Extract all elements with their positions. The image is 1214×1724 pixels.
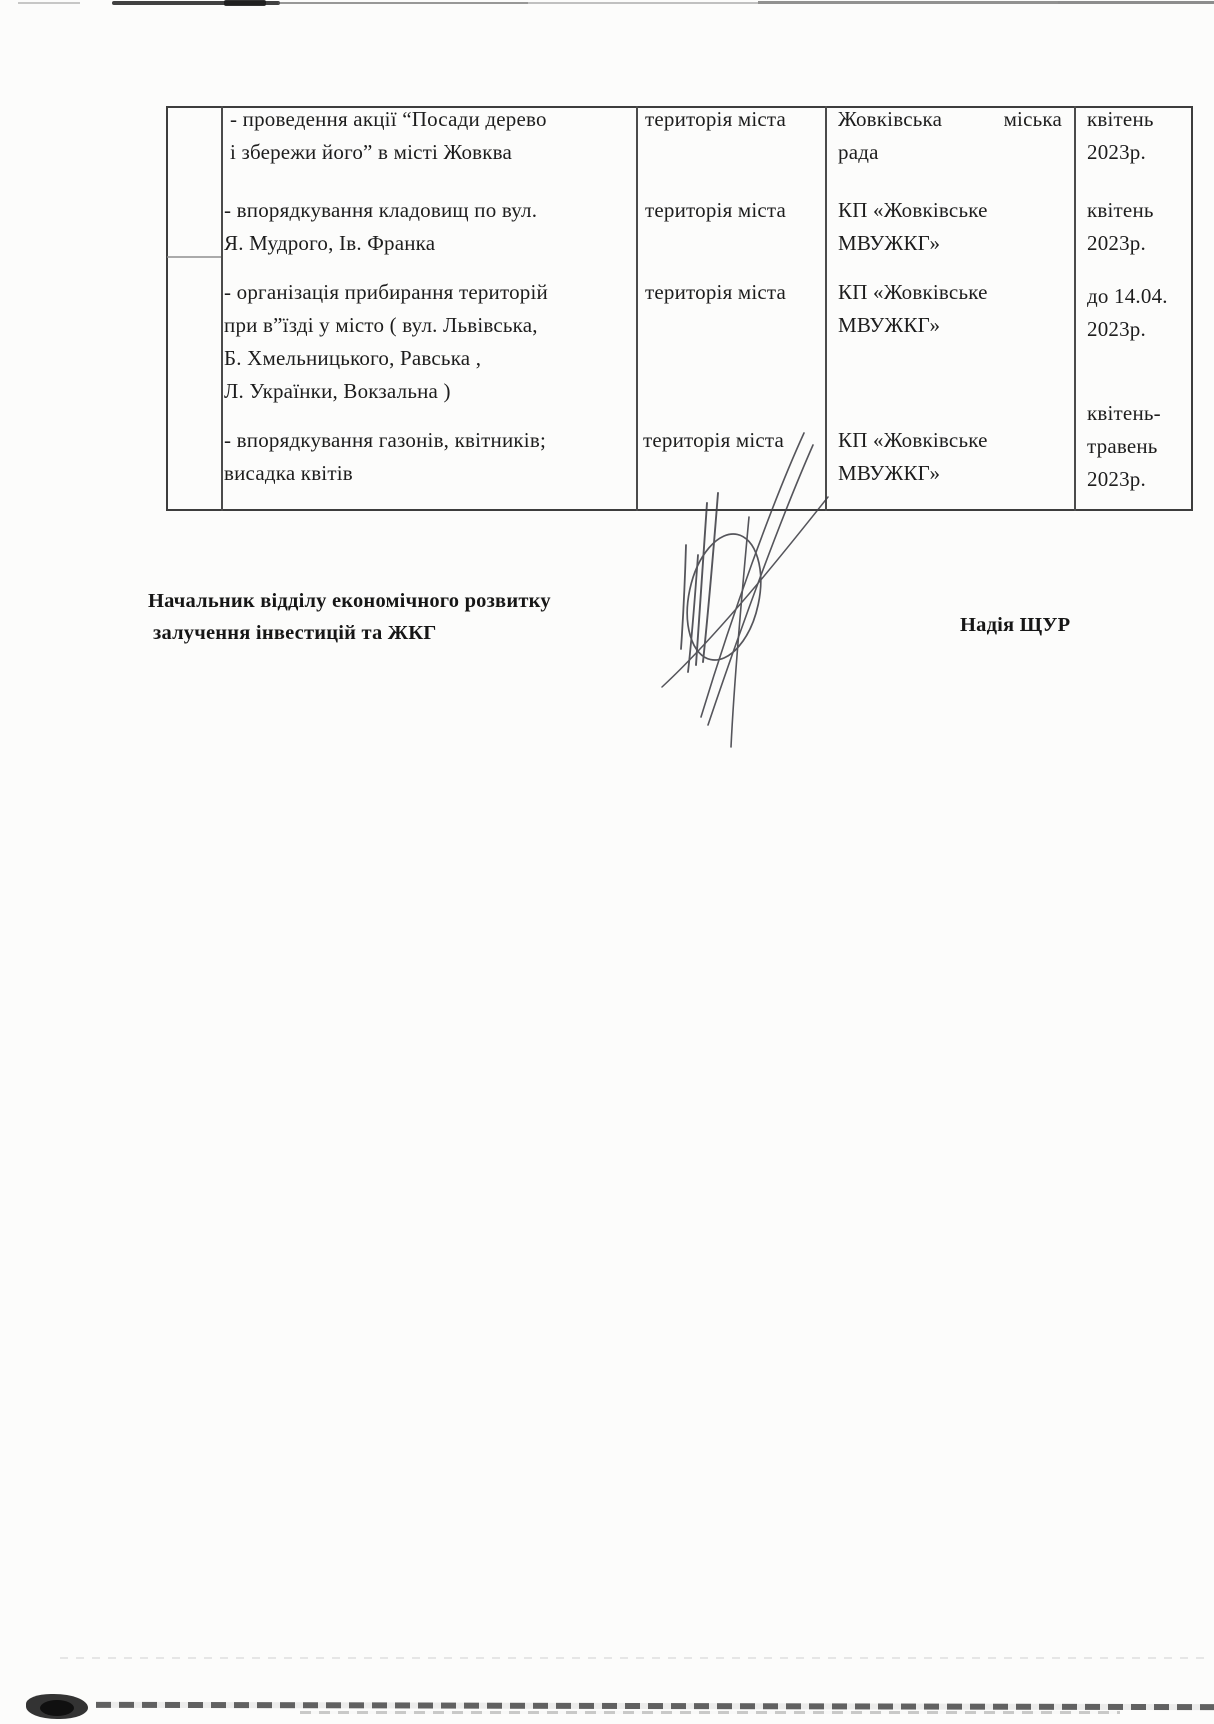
cell-activity-row2: - впорядкування кладовищ по вул. Я. Мудр…	[224, 194, 629, 260]
cell-term-row4: квітень- травень 2023р.	[1087, 397, 1187, 496]
cell-activity-row3: - організація прибирання територій при в…	[224, 276, 634, 408]
table-column-divider	[221, 106, 223, 511]
scan-artifact-bottom	[40, 1700, 74, 1716]
scan-artifact-top	[278, 2, 528, 4]
signoff-position-line1: Начальник відділу економічного розвитку	[148, 585, 608, 617]
scanned-document-page: - проведення акції “Посади дерево і збер…	[0, 0, 1214, 1724]
cell-place-row3: територія міста	[645, 276, 820, 309]
cell-responsible-row1: Жовківська міська рада	[838, 103, 1062, 169]
signoff-position: Начальник відділу економічного розвитку …	[148, 585, 608, 649]
responsible-word: міська	[1004, 103, 1062, 136]
cell-responsible-row4: КП «Жовківське МВУЖКГ»	[838, 424, 1062, 490]
scan-artifact-top	[18, 2, 80, 4]
responsible-row1-line1: Жовківська міська	[838, 103, 1062, 136]
scan-artifact-bottom	[60, 1657, 1210, 1659]
cell-place-row2: територія міста	[645, 194, 820, 227]
cell-term-row1: квітень 2023р.	[1087, 103, 1187, 169]
handwritten-signature-icon	[600, 425, 840, 755]
cell-activity-row4: - впорядкування газонів, квітників; виса…	[224, 424, 634, 490]
scan-artifact-top	[224, 0, 266, 6]
signoff-name: Надія ЩУР	[960, 609, 1070, 641]
cell-responsible-row2: КП «Жовківське МВУЖКГ»	[838, 194, 1062, 260]
scan-artifact-bottom	[300, 1711, 1120, 1714]
scan-artifact-bottom	[96, 1702, 1214, 1710]
table-column-divider	[1074, 106, 1076, 511]
table-row-divider-fragment	[167, 256, 221, 258]
cell-responsible-row3: КП «Жовківське МВУЖКГ»	[838, 276, 1062, 342]
cell-place-row1: територія міста	[645, 103, 820, 136]
scan-artifact-top	[528, 2, 758, 4]
responsible-word: Жовківська	[838, 103, 942, 136]
cell-activity-row1: - проведення акції “Посади дерево і збер…	[230, 103, 630, 169]
responsible-row1-line2: рада	[838, 136, 1062, 169]
scan-artifact-top	[758, 1, 1058, 4]
signoff-position-line2: залучення інвестицій та ЖКГ	[148, 617, 608, 649]
cell-term-row3: до 14.04. 2023р.	[1087, 280, 1187, 346]
cell-term-row2: квітень 2023р.	[1087, 194, 1187, 260]
scan-artifact-top	[1058, 1, 1214, 4]
